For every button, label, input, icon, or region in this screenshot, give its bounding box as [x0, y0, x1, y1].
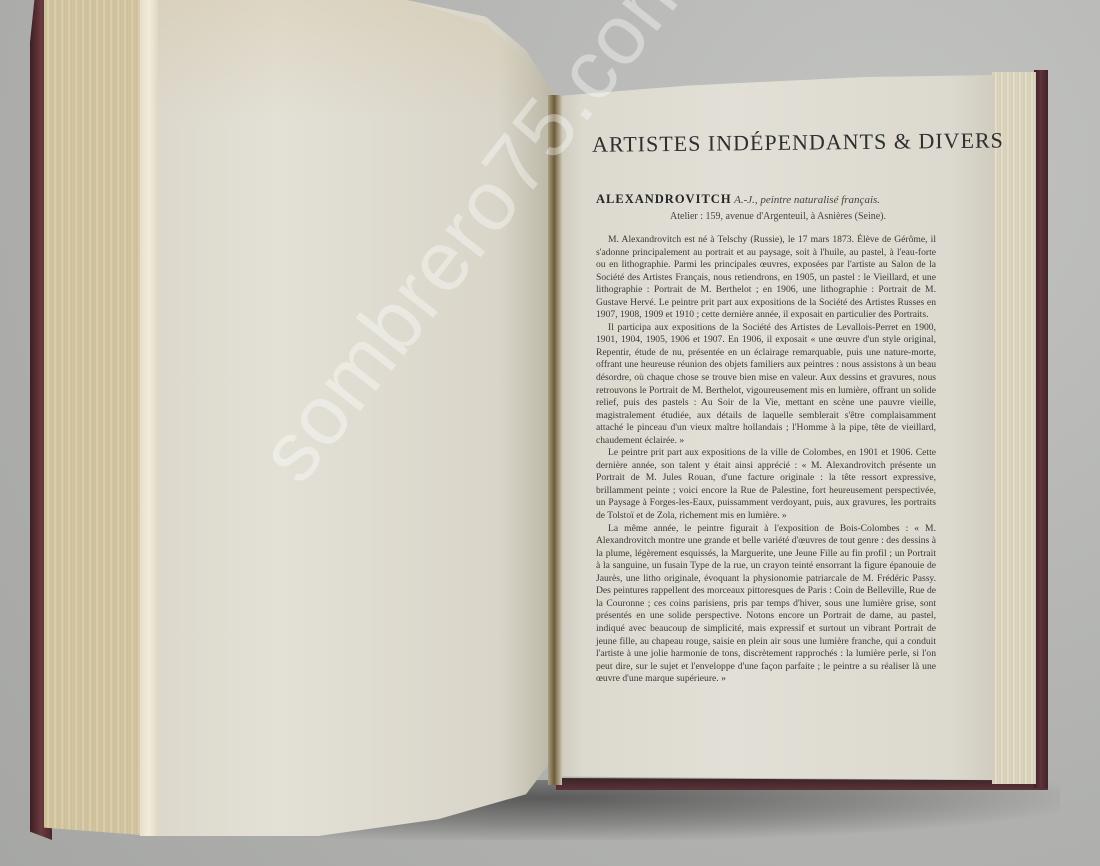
left-page-shade — [158, 0, 558, 120]
artist-role: A.-J., peintre naturalisé français. — [732, 194, 880, 206]
book-photo: ARTISTES INDÉPENDANTS & DIVERS ALEXANDRO… — [0, 0, 1100, 866]
atelier-address: Atelier : 159, avenue d'Argenteuil, à As… — [620, 211, 936, 222]
entry-heading: ALEXANDROVITCH A.-J., peintre naturalisé… — [596, 192, 936, 207]
paragraph: Le peintre prit part aux expositions de … — [596, 447, 936, 522]
paragraph: Il participa aux expositions de la Socié… — [596, 322, 936, 447]
right-page-text: ARTISTES INDÉPENDANTS & DIVERS ALEXANDRO… — [596, 130, 936, 686]
book-gutter — [548, 95, 562, 785]
section-title: ARTISTES INDÉPENDANTS & DIVERS — [592, 128, 936, 158]
right-cover-edge — [1034, 70, 1048, 788]
paragraph: M. Alexandrovitch est né à Telschy (Russ… — [596, 234, 936, 322]
right-page-edges — [992, 72, 1036, 784]
left-page-edges — [44, 0, 154, 836]
artist-name: ALEXANDROVITCH — [596, 192, 732, 206]
paragraph: La même année, le peintre figurait à l'e… — [596, 523, 936, 686]
left-page — [158, 0, 558, 836]
